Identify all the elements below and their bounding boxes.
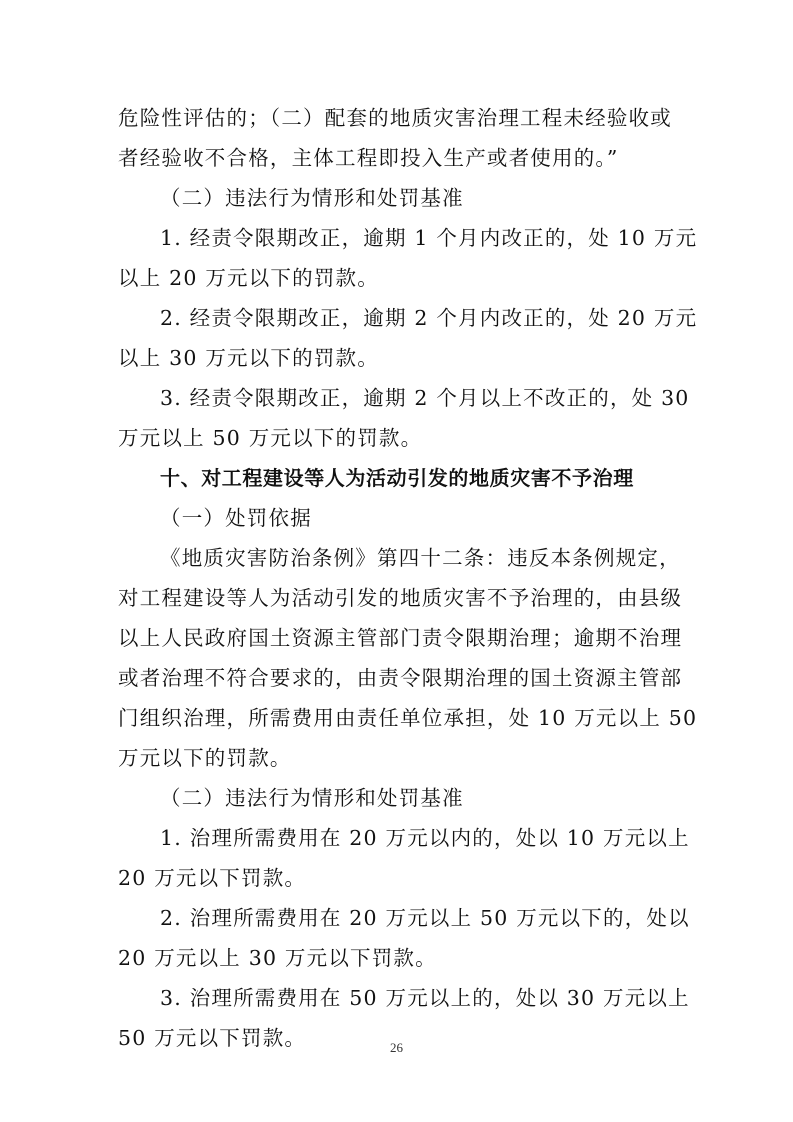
list-item-continuation: 以上 20 万元以下的罚款。	[118, 264, 379, 292]
list-item: 2. 治理所需费用在 20 万元以上 50 万元以下的，处以	[160, 904, 690, 932]
list-item-continuation: 万元以上 50 万元以下的罚款。	[118, 424, 422, 452]
paragraph-line: 门组织治理，所需费用由责任单位承担，处 10 万元以上 50	[118, 704, 697, 732]
page-number: 26	[0, 1040, 793, 1056]
paragraph-line: 危险性评估的；（二）配套的地质灾害治理工程未经验收或	[118, 104, 672, 132]
paragraph-line: 或者治理不符合要求的，由责令限期治理的国土资源主管部	[118, 664, 682, 692]
paragraph-line: 对工程建设等人为活动引发的地质灾害不予治理的，由县级	[118, 584, 682, 612]
list-item: 3. 经责令限期改正，逾期 2 个月以上不改正的，处 30	[160, 384, 690, 412]
list-item-continuation: 以上 30 万元以下的罚款。	[118, 344, 379, 372]
paragraph-line: 《地质灾害防治条例》第四十二条：违反本条例规定，	[160, 544, 681, 572]
subsection-heading: （二）违法行为情形和处罚基准	[160, 784, 464, 812]
subsection-heading: （二）违法行为情形和处罚基准	[160, 184, 464, 212]
paragraph-line: 者经验收不合格，主体工程即投入生产或者使用的。”	[118, 144, 619, 172]
paragraph-line: 万元以下的罚款。	[118, 744, 292, 772]
list-item-continuation: 20 万元以上 30 万元以下罚款。	[118, 944, 437, 972]
paragraph-line: 以上人民政府国土资源主管部门责令限期治理；逾期不治理	[118, 624, 682, 652]
subsection-heading: （一）处罚依据	[160, 504, 312, 532]
section-heading: 十、对工程建设等人为活动引发的地质灾害不予治理	[160, 464, 634, 492]
list-item: 1. 经责令限期改正，逾期 1 个月内改正的，处 10 万元	[160, 224, 697, 252]
list-item-continuation: 20 万元以下罚款。	[118, 864, 306, 892]
list-item: 3. 治理所需费用在 50 万元以上的，处以 30 万元以上	[160, 984, 690, 1012]
list-item: 1. 治理所需费用在 20 万元以内的，处以 10 万元以上	[160, 824, 690, 852]
list-item: 2. 经责令限期改正，逾期 2 个月内改正的，处 20 万元	[160, 304, 697, 332]
